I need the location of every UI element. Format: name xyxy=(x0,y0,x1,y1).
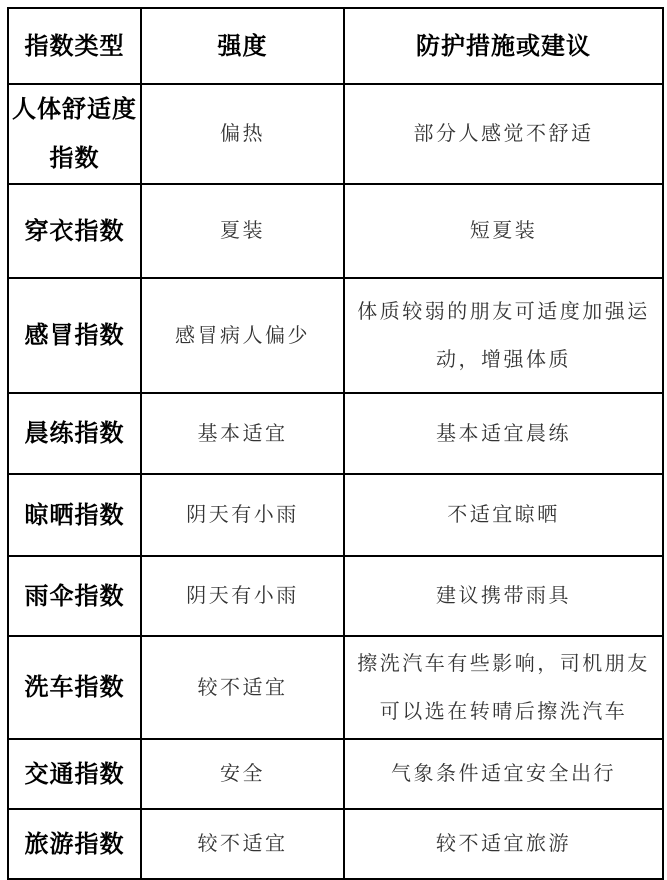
table-row: 穿衣指数 夏装 短夏装 xyxy=(8,184,663,278)
advice-cell: 擦洗汽车有些影响，司机朋友可以选在转晴后擦洗汽车 xyxy=(344,636,663,739)
advice-cell: 体质较弱的朋友可适度加强运动，增强体质 xyxy=(344,278,663,393)
index-type-cell: 晨练指数 xyxy=(8,393,141,474)
table-row: 洗车指数 较不适宜 擦洗汽车有些影响，司机朋友可以选在转晴后擦洗汽车 xyxy=(8,636,663,739)
table-row: 雨伞指数 阴天有小雨 建议携带雨具 xyxy=(8,556,663,636)
index-type-cell: 感冒指数 xyxy=(8,278,141,393)
table-row: 人体舒适度指数 偏热 部分人感觉不舒适 xyxy=(8,84,663,184)
intensity-cell: 较不适宜 xyxy=(141,809,344,879)
index-type-cell: 旅游指数 xyxy=(8,809,141,879)
intensity-cell: 偏热 xyxy=(141,84,344,184)
index-type-cell: 交通指数 xyxy=(8,739,141,809)
column-header-index-type: 指数类型 xyxy=(8,8,141,84)
index-type-cell: 人体舒适度指数 xyxy=(8,84,141,184)
intensity-cell: 阴天有小雨 xyxy=(141,556,344,636)
column-header-intensity: 强度 xyxy=(141,8,344,84)
weather-index-table: 指数类型 强度 防护措施或建议 人体舒适度指数 偏热 部分人感觉不舒适 穿衣指数… xyxy=(7,7,664,879)
intensity-cell: 安全 xyxy=(141,739,344,809)
advice-cell: 基本适宜晨练 xyxy=(344,393,663,474)
table-row: 晾晒指数 阴天有小雨 不适宜晾晒 xyxy=(8,474,663,556)
advice-cell: 较不适宜旅游 xyxy=(344,809,663,879)
intensity-cell: 阴天有小雨 xyxy=(141,474,344,556)
column-header-advice: 防护措施或建议 xyxy=(344,8,663,84)
intensity-cell: 基本适宜 xyxy=(141,393,344,474)
table-body: 人体舒适度指数 偏热 部分人感觉不舒适 穿衣指数 夏装 短夏装 感冒指数 感冒病… xyxy=(8,84,663,879)
advice-cell: 气象条件适宜安全出行 xyxy=(344,739,663,809)
table-row: 感冒指数 感冒病人偏少 体质较弱的朋友可适度加强运动，增强体质 xyxy=(8,278,663,393)
index-type-cell: 雨伞指数 xyxy=(8,556,141,636)
advice-cell: 不适宜晾晒 xyxy=(344,474,663,556)
index-type-cell: 洗车指数 xyxy=(8,636,141,739)
advice-cell: 短夏装 xyxy=(344,184,663,278)
table-row: 晨练指数 基本适宜 基本适宜晨练 xyxy=(8,393,663,474)
intensity-cell: 感冒病人偏少 xyxy=(141,278,344,393)
intensity-cell: 夏装 xyxy=(141,184,344,278)
intensity-cell: 较不适宜 xyxy=(141,636,344,739)
advice-cell: 建议携带雨具 xyxy=(344,556,663,636)
index-type-cell: 穿衣指数 xyxy=(8,184,141,278)
table-header: 指数类型 强度 防护措施或建议 xyxy=(8,8,663,84)
index-type-cell: 晾晒指数 xyxy=(8,474,141,556)
table-row: 交通指数 安全 气象条件适宜安全出行 xyxy=(8,739,663,809)
table-row: 旅游指数 较不适宜 较不适宜旅游 xyxy=(8,809,663,879)
advice-cell: 部分人感觉不舒适 xyxy=(344,84,663,184)
header-row: 指数类型 强度 防护措施或建议 xyxy=(8,8,663,84)
